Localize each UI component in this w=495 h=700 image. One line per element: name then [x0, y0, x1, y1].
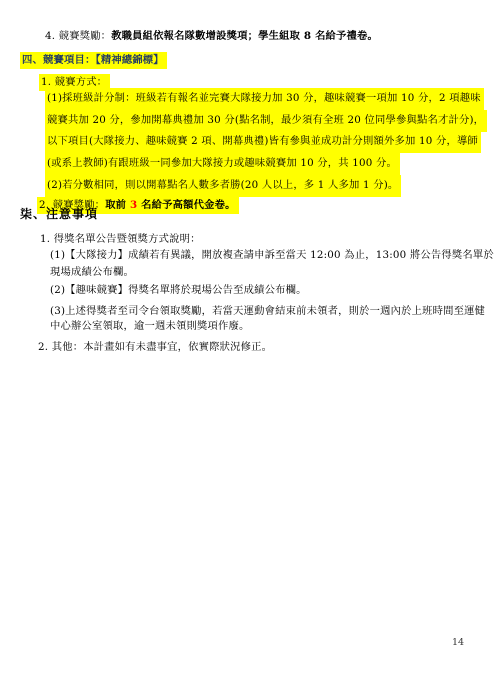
note-relay-announcement-line-1: (1)【大隊接力】成績若有異議，開放複查請申訴至當天 12:00 為止，13:0…: [50, 248, 494, 262]
note-fun-competition-announcement: (2)【趣味競賽】得獎名單將於現場公告至成績公布欄。: [50, 283, 307, 297]
note-relay-announcement-text-2: 現場成績公布欄。: [50, 266, 134, 278]
note-announcement-intro: 1. 得獎名單公告暨領獎方式說明：: [40, 232, 201, 246]
scoring-rules-text-4: (或系上教師)有跟班級一同參加大隊接力或趣味競賽加 10 分，共 100 分。: [45, 153, 400, 175]
page-number: 14: [452, 637, 464, 648]
paragraph-scoring-rules-line-3: 以下項目(大隊接力、趣味競賽 2 項、開幕典禮)皆有參與並成功計分則額外多加 1…: [45, 131, 481, 153]
note-other: 2. 其他：本計畫如有未盡事宜，依實際狀況修正。: [38, 340, 272, 354]
tiebreaker-rule-text: (2)若分數相同，則以開幕點名人數多者勝(20 人以上，多 1 人多加 1 分)…: [45, 175, 401, 197]
note-prize-collection-line-2: 中心辦公室領取，逾一週未領則獎項作廢。: [50, 319, 249, 333]
section-heading-competition-event-text: 四、競賽項目：【精神總錦標】: [20, 52, 167, 69]
section-heading-notes: 柒、注意事項: [20, 206, 98, 222]
paragraph-scoring-rules-line-1: (1)採班級計分制：班級若有報名並完賽大隊接力加 30 分，趣味競賽一項加 10…: [45, 88, 484, 110]
scoring-rules-text-1: (1)採班級計分制：班級若有報名並完賽大隊接力加 30 分，趣味競賽一項加 10…: [45, 88, 484, 110]
award-item-4-label: 4. 競賽獎勵：: [45, 30, 111, 42]
note-relay-announcement-text-1: (1)【大隊接力】成績若有異議，開放複查請申訴至當天 12:00 為止，13:0…: [50, 249, 494, 261]
note-prize-collection-text-2: 中心辦公室領取，逾一週未領則獎項作廢。: [50, 320, 249, 332]
note-prize-collection-line-1: (3)上述得獎者至司令台領取獎勵，若當天運動會結束前未領者，則於一週內於上班時間…: [50, 304, 485, 318]
note-other-text: 2. 其他：本計畫如有未盡事宜，依實際狀況修正。: [38, 341, 272, 353]
section-heading-competition-event: 四、競賽項目：【精神總錦標】: [20, 52, 167, 69]
scoring-rules-text-3: 以下項目(大隊接力、趣味競賽 2 項、開幕典禮)皆有參與並成功計分則額外多加 1…: [45, 131, 481, 153]
paragraph-tiebreaker-rule: (2)若分數相同，則以開幕點名人數多者勝(20 人以上，多 1 人多加 1 分)…: [45, 175, 401, 197]
document-page: 4. 競賽獎勵：教職員組依報名隊數增設獎項；學生組取 8 名給予禮卷。 四、競賽…: [0, 0, 495, 700]
award-item-4-text: 教職員組依報名隊數增設獎項；學生組取 8 名給予禮卷。: [111, 30, 378, 42]
competition-award-bold-1: 取前: [105, 199, 130, 211]
note-fun-competition-text: (2)【趣味競賽】得獎名單將於現場公告至成績公布欄。: [50, 284, 307, 296]
scoring-rules-text-2: 競賽共加 20 分，參加開幕典禮加 30 分(點名制，最少須有全班 20 位同學…: [45, 110, 487, 132]
paragraph-scoring-rules-line-4: (或系上教師)有跟班級一同參加大隊接力或趣味競賽加 10 分，共 100 分。: [45, 153, 400, 175]
paragraph-scoring-rules-line-2: 競賽共加 20 分，參加開幕典禮加 30 分(點名制，最少須有全班 20 位同學…: [45, 110, 487, 132]
note-prize-collection-text-1: (3)上述得獎者至司令台領取獎勵，若當天運動會結束前未領者，則於一週內於上班時間…: [50, 305, 485, 317]
competition-award-bold-2: 名給予高額代金卷。: [137, 199, 235, 211]
section-heading-notes-text: 柒、注意事項: [20, 207, 98, 221]
line-award-item-4: 4. 競賽獎勵：教職員組依報名隊數增設獎項；學生組取 8 名給予禮卷。: [45, 29, 378, 43]
note-relay-announcement-line-2: 現場成績公布欄。: [50, 265, 134, 279]
note-announcement-intro-text: 1. 得獎名單公告暨領獎方式說明：: [40, 233, 201, 245]
